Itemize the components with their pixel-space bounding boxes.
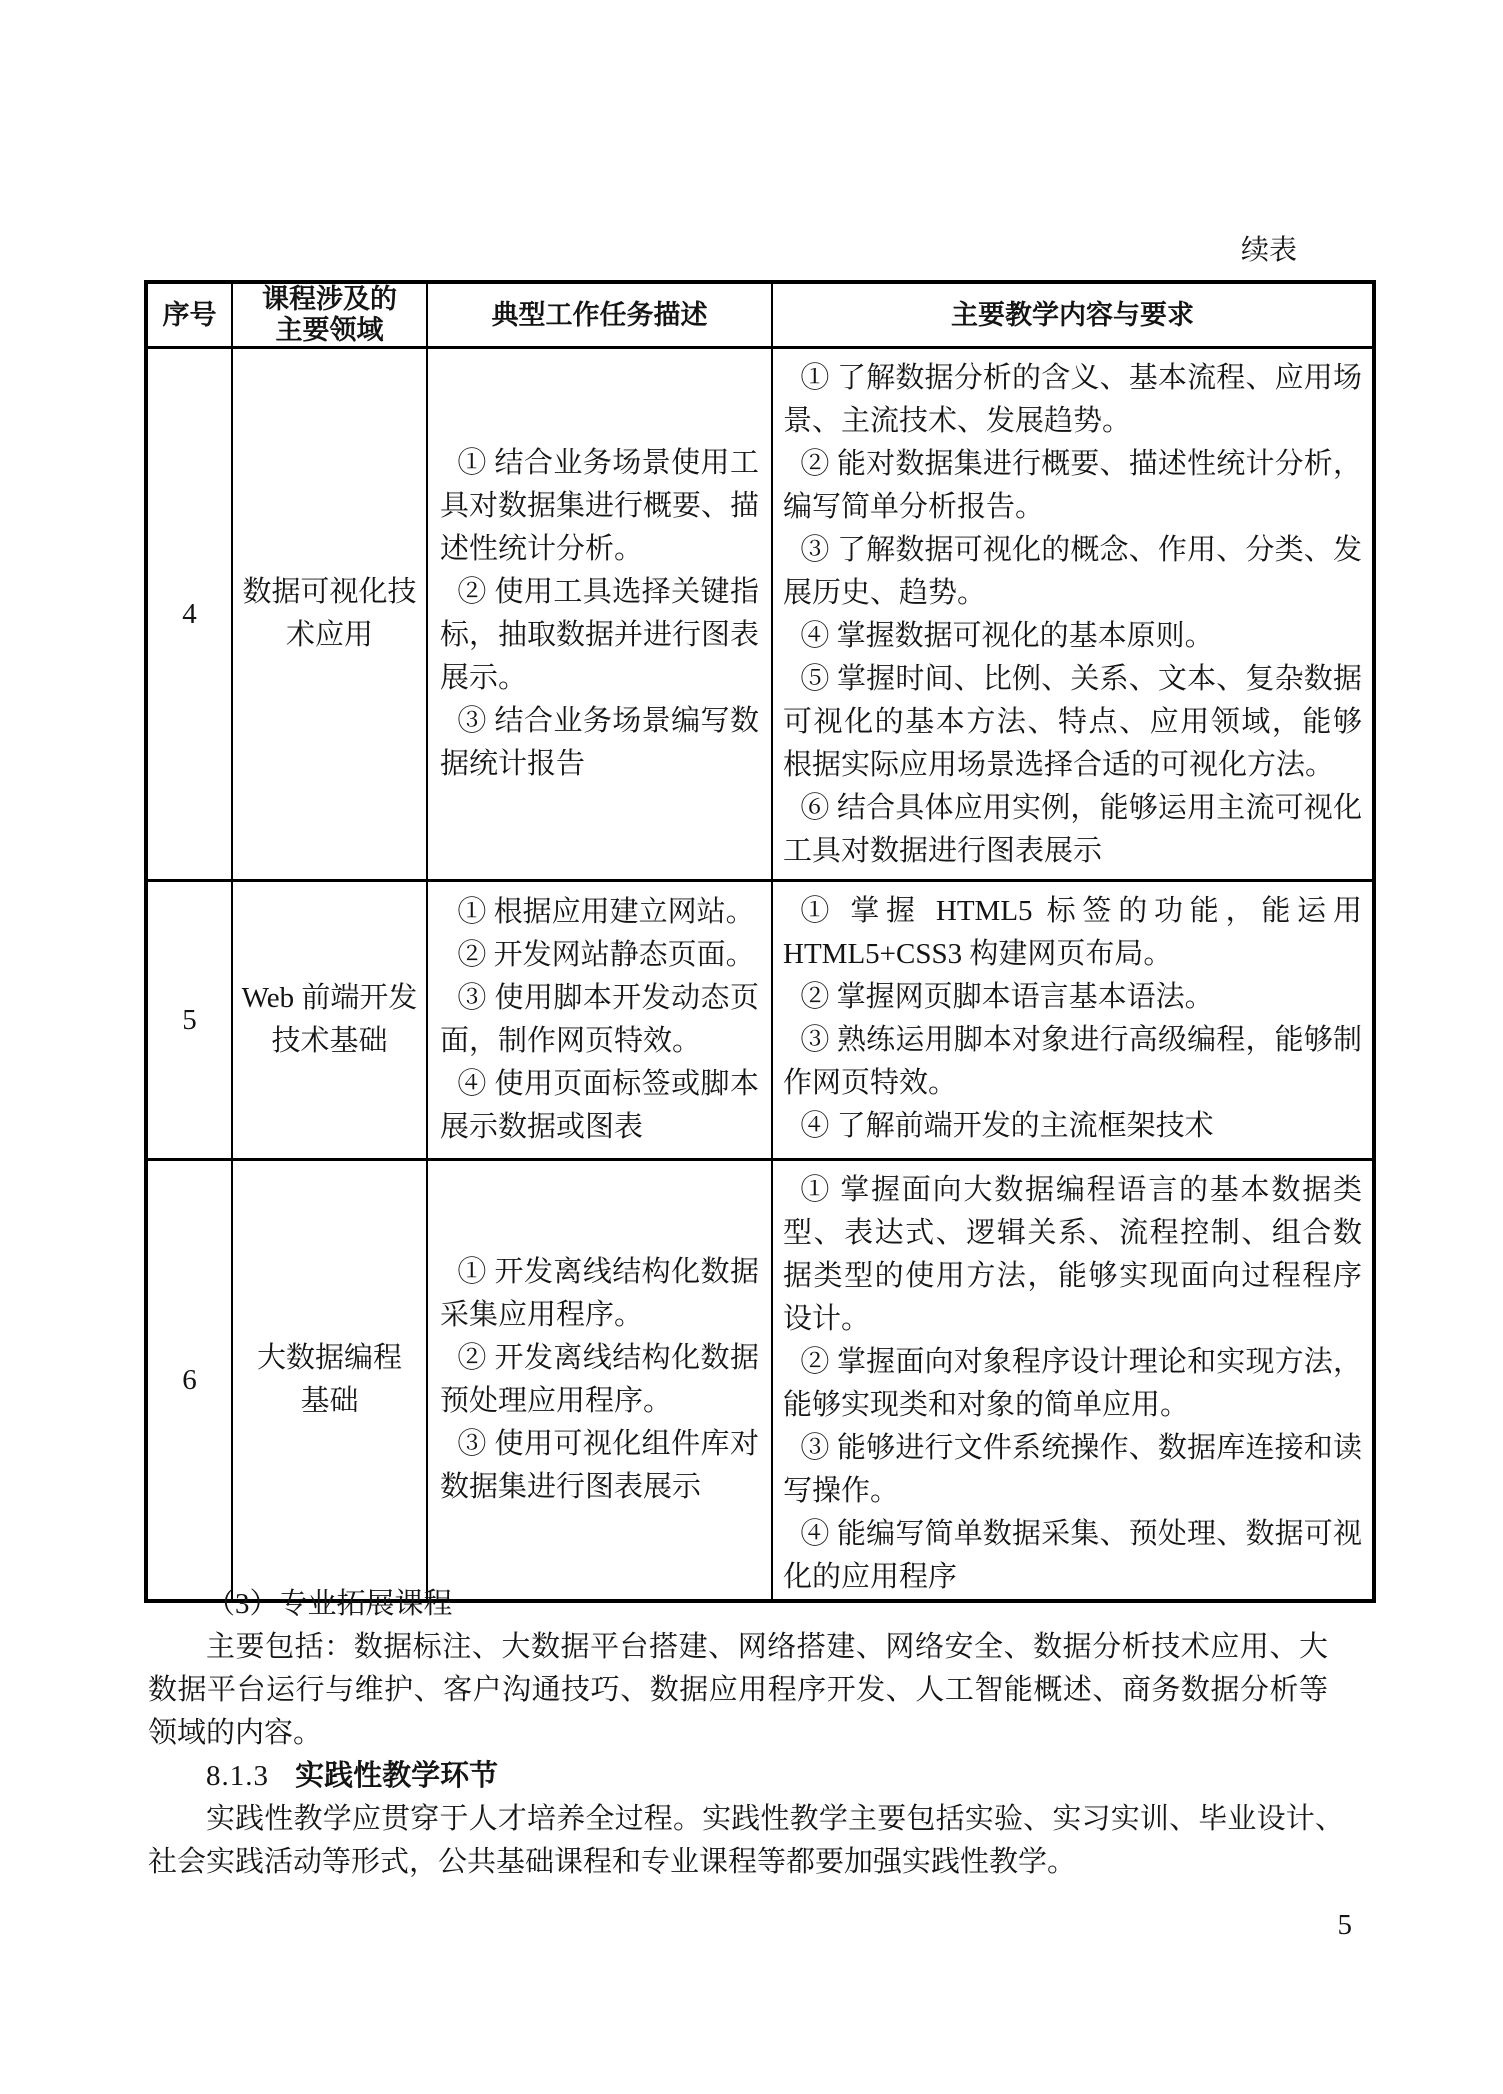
course-domain-line: 基础 [239,1380,420,1423]
table-row: 4 数据可视化技 术应用 ① 结合业务场景使用工具对数据集进行概要、描述性统计分… [146,348,1374,881]
page-number: 5 [1338,1908,1353,1942]
expand-course-title: （3）专业拓展课程 [148,1583,1355,1626]
practice-teaching-paragraph: 实践性教学应贯穿于人才培养全过程。实践性教学主要包括实验、实习实训、毕业设计、社… [148,1798,1344,1884]
row-course-domain: Web 前端开发 技术基础 [232,881,427,1160]
content-item: ③ 能够进行文件系统操作、数据库连接和读写操作。 [783,1427,1362,1513]
row-course-domain: 数据可视化技 术应用 [232,348,427,881]
content-item: ① 了解数据分析的含义、基本流程、应用场景、主流技术、发展趋势。 [783,357,1362,443]
section-number: 8.1.3 [206,1760,269,1792]
task-item: ③ 使用可视化组件库对数据集进行图表展示 [440,1423,759,1509]
body-text-block: （3）专业拓展课程 主要包括：数据标注、大数据平台搭建、网络搭建、网络安全、数据… [148,1583,1355,1884]
continued-table-label: 续表 [1241,234,1297,268]
course-domain-line: 大数据编程 [239,1337,420,1380]
row-task-cell: ① 根据应用建立网站。 ② 开发网站静态页面。 ③ 使用脚本开发动态页面，制作网… [427,881,772,1160]
content-item: ② 能对数据集进行概要、描述性统计分析，编写简单分析报告。 [783,443,1362,529]
row-serial-number: 4 [146,348,232,881]
table-row: 5 Web 前端开发 技术基础 ① 根据应用建立网站。 ② 开发网站静态页面。 … [146,881,1374,1160]
course-domain-line: Web 前端开发 [239,977,420,1020]
row-content-cell: ① 掌握面向大数据编程语言的基本数据类型、表达式、逻辑关系、流程控制、组合数据类… [772,1160,1374,1602]
course-domain-line: 技术基础 [239,1020,420,1063]
row-content-cell: ① 掌握 HTML5 标签的功能，能运用 HTML5+CSS3 构建网页布局。 … [772,881,1374,1160]
row-task-cell: ① 开发离线结构化数据采集应用程序。 ② 开发离线结构化数据预处理应用程序。 ③… [427,1160,772,1602]
expand-course-paragraph: 主要包括：数据标注、大数据平台搭建、网络搭建、网络安全、数据分析技术应用、大数据… [148,1626,1328,1755]
course-domain-line: 数据可视化技 [239,571,420,614]
content-item: ③ 熟练运用脚本对象进行高级编程，能够制作网页特效。 [783,1019,1362,1105]
task-item: ② 使用工具选择关键指标，抽取数据并进行图表展示。 [440,571,759,700]
content-item: ④ 掌握数据可视化的基本原则。 [783,615,1362,658]
row-content-cell: ① 了解数据分析的含义、基本流程、应用场景、主流技术、发展趋势。 ② 能对数据集… [772,348,1374,881]
table-header-row: 序号 课程涉及的 主要领域 典型工作任务描述 主要教学内容与要求 [146,282,1374,348]
content-item: ① 掌握 HTML5 标签的功能，能运用 HTML5+CSS3 构建网页布局。 [783,890,1362,976]
content-item: ① 掌握面向大数据编程语言的基本数据类型、表达式、逻辑关系、流程控制、组合数据类… [783,1169,1362,1341]
task-item: ③ 使用脚本开发动态页面，制作网页特效。 [440,977,759,1063]
header-typical-tasks: 典型工作任务描述 [427,282,772,348]
task-item: ③ 结合业务场景编写数据统计报告 [440,700,759,786]
course-domain-line: 术应用 [239,614,420,657]
task-item: ② 开发网站静态页面。 [440,934,759,977]
curriculum-table: 序号 课程涉及的 主要领域 典型工作任务描述 主要教学内容与要求 4 数据可视化… [144,280,1376,1603]
task-item: ④ 使用页面标签或脚本展示数据或图表 [440,1063,759,1149]
section-title: 实践性教学环节 [295,1760,498,1792]
row-task-cell: ① 结合业务场景使用工具对数据集进行概要、描述性统计分析。 ② 使用工具选择关键… [427,348,772,881]
task-item: ① 结合业务场景使用工具对数据集进行概要、描述性统计分析。 [440,442,759,571]
content-item: ④ 了解前端开发的主流框架技术 [783,1105,1362,1148]
content-item: ③ 了解数据可视化的概念、作用、分类、发展历史、趋势。 [783,529,1362,615]
row-course-domain: 大数据编程 基础 [232,1160,427,1602]
content-item: ② 掌握网页脚本语言基本语法。 [783,976,1362,1019]
content-item: ⑥ 结合具体应用实例，能够运用主流可视化工具对数据进行图表展示 [783,787,1362,873]
table-row: 6 大数据编程 基础 ① 开发离线结构化数据采集应用程序。 ② 开发离线结构化数… [146,1160,1374,1602]
row-serial-number: 5 [146,881,232,1160]
header-serial-number: 序号 [146,282,232,348]
header-course-domain-line2: 主要领域 [233,315,426,346]
header-course-domain-line1: 课程涉及的 [233,284,426,315]
task-item: ① 根据应用建立网站。 [440,891,759,934]
header-teaching-content: 主要教学内容与要求 [772,282,1374,348]
header-course-domain: 课程涉及的 主要领域 [232,282,427,348]
row-serial-number: 6 [146,1160,232,1602]
section-heading: 8.1.3实践性教学环节 [148,1755,1355,1798]
task-item: ② 开发离线结构化数据预处理应用程序。 [440,1337,759,1423]
content-item: ⑤ 掌握时间、比例、关系、文本、复杂数据可视化的基本方法、特点、应用领域，能够根… [783,658,1362,787]
document-page: 续表 序号 课程涉及的 主要领域 典型工作任务描述 主要教学内容与要求 4 数据… [0,0,1503,2094]
content-item: ② 掌握面向对象程序设计理论和实现方法，能够实现类和对象的简单应用。 [783,1341,1362,1427]
task-item: ① 开发离线结构化数据采集应用程序。 [440,1251,759,1337]
